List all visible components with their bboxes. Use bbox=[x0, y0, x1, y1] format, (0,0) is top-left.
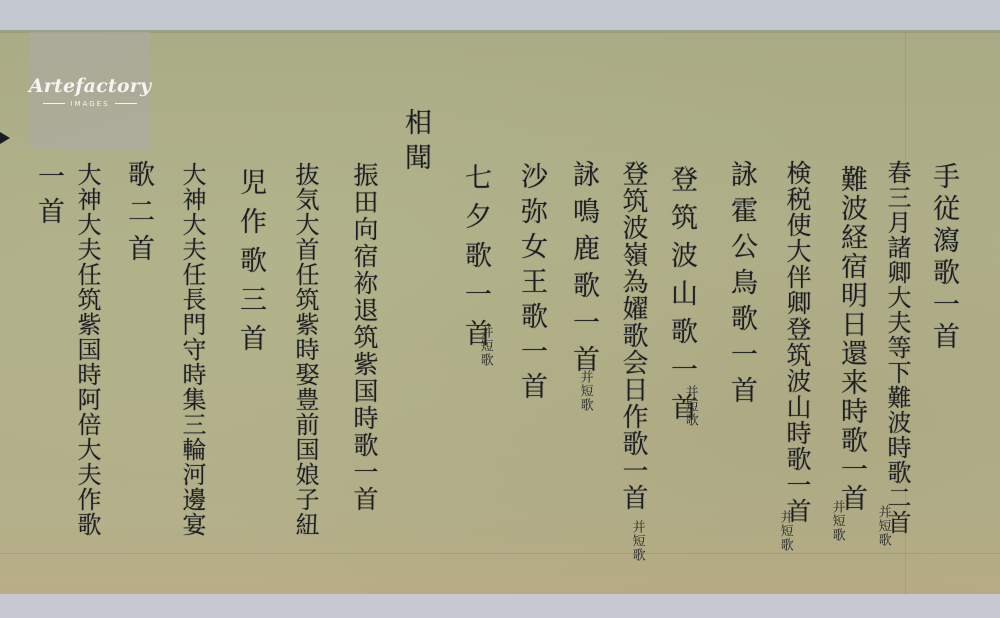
text-column: 手従瀉歌一首 bbox=[930, 162, 957, 354]
watermark-logo: Artefactory IMAGES bbox=[30, 32, 150, 150]
annotation-note: 并短歌 bbox=[630, 520, 644, 562]
scan-bottom-margin bbox=[0, 594, 1000, 618]
text-column: 一首 bbox=[35, 162, 62, 232]
divider-line bbox=[43, 103, 65, 104]
text-column: 詠鳴鹿歌一首 bbox=[570, 160, 597, 382]
section-heading: 相聞 bbox=[402, 108, 429, 178]
annotation-note: 并短歌 bbox=[876, 505, 890, 547]
watermark-subtitle-row: IMAGES bbox=[43, 100, 136, 108]
annotation-note: 并短歌 bbox=[578, 370, 592, 412]
scan-top-margin bbox=[0, 0, 1000, 30]
annotation-note: 并短歌 bbox=[778, 510, 792, 552]
edge-ink-mark bbox=[0, 132, 10, 144]
annotation-note: 并短歌 bbox=[830, 500, 844, 542]
text-column: 振田向宿祢退筑紫国時歌一首 bbox=[352, 162, 377, 513]
text-column: 詠霍公鳥歌一首 bbox=[728, 160, 755, 412]
ruled-line-top bbox=[0, 32, 1000, 33]
watermark-title: Artefactory bbox=[29, 75, 151, 97]
text-column: 沙弥女王歌一首 bbox=[518, 162, 545, 407]
text-column: 春三月諸卿大夫等下難波時歌二首 bbox=[885, 160, 909, 535]
annotation-note: 并短歌 bbox=[683, 385, 697, 427]
text-column: 大神大夫任長門守時集三輪河邊宴 bbox=[180, 162, 204, 537]
text-column: 児作歌三首 bbox=[237, 168, 264, 363]
annotation-note: 并短歌 bbox=[478, 325, 492, 367]
ruled-line-bottom bbox=[0, 553, 1000, 554]
divider-line bbox=[115, 103, 137, 104]
text-column: 登筑波嶺為嬥歌会日作歌一首 bbox=[620, 160, 646, 511]
text-column: 検税使大伴卿登筑波山時歌一首 bbox=[785, 160, 810, 524]
text-column: 難波経宿明日還来時歌一首 bbox=[838, 165, 865, 513]
watermark-subtitle: IMAGES bbox=[70, 100, 109, 108]
text-column: 歌二首 bbox=[125, 160, 152, 271]
text-column: 大神大夫任筑紫国時阿倍大夫作歌 bbox=[75, 162, 99, 537]
text-column: 抜気大首任筑紫時娶豊前国娘子紐 bbox=[293, 162, 317, 537]
